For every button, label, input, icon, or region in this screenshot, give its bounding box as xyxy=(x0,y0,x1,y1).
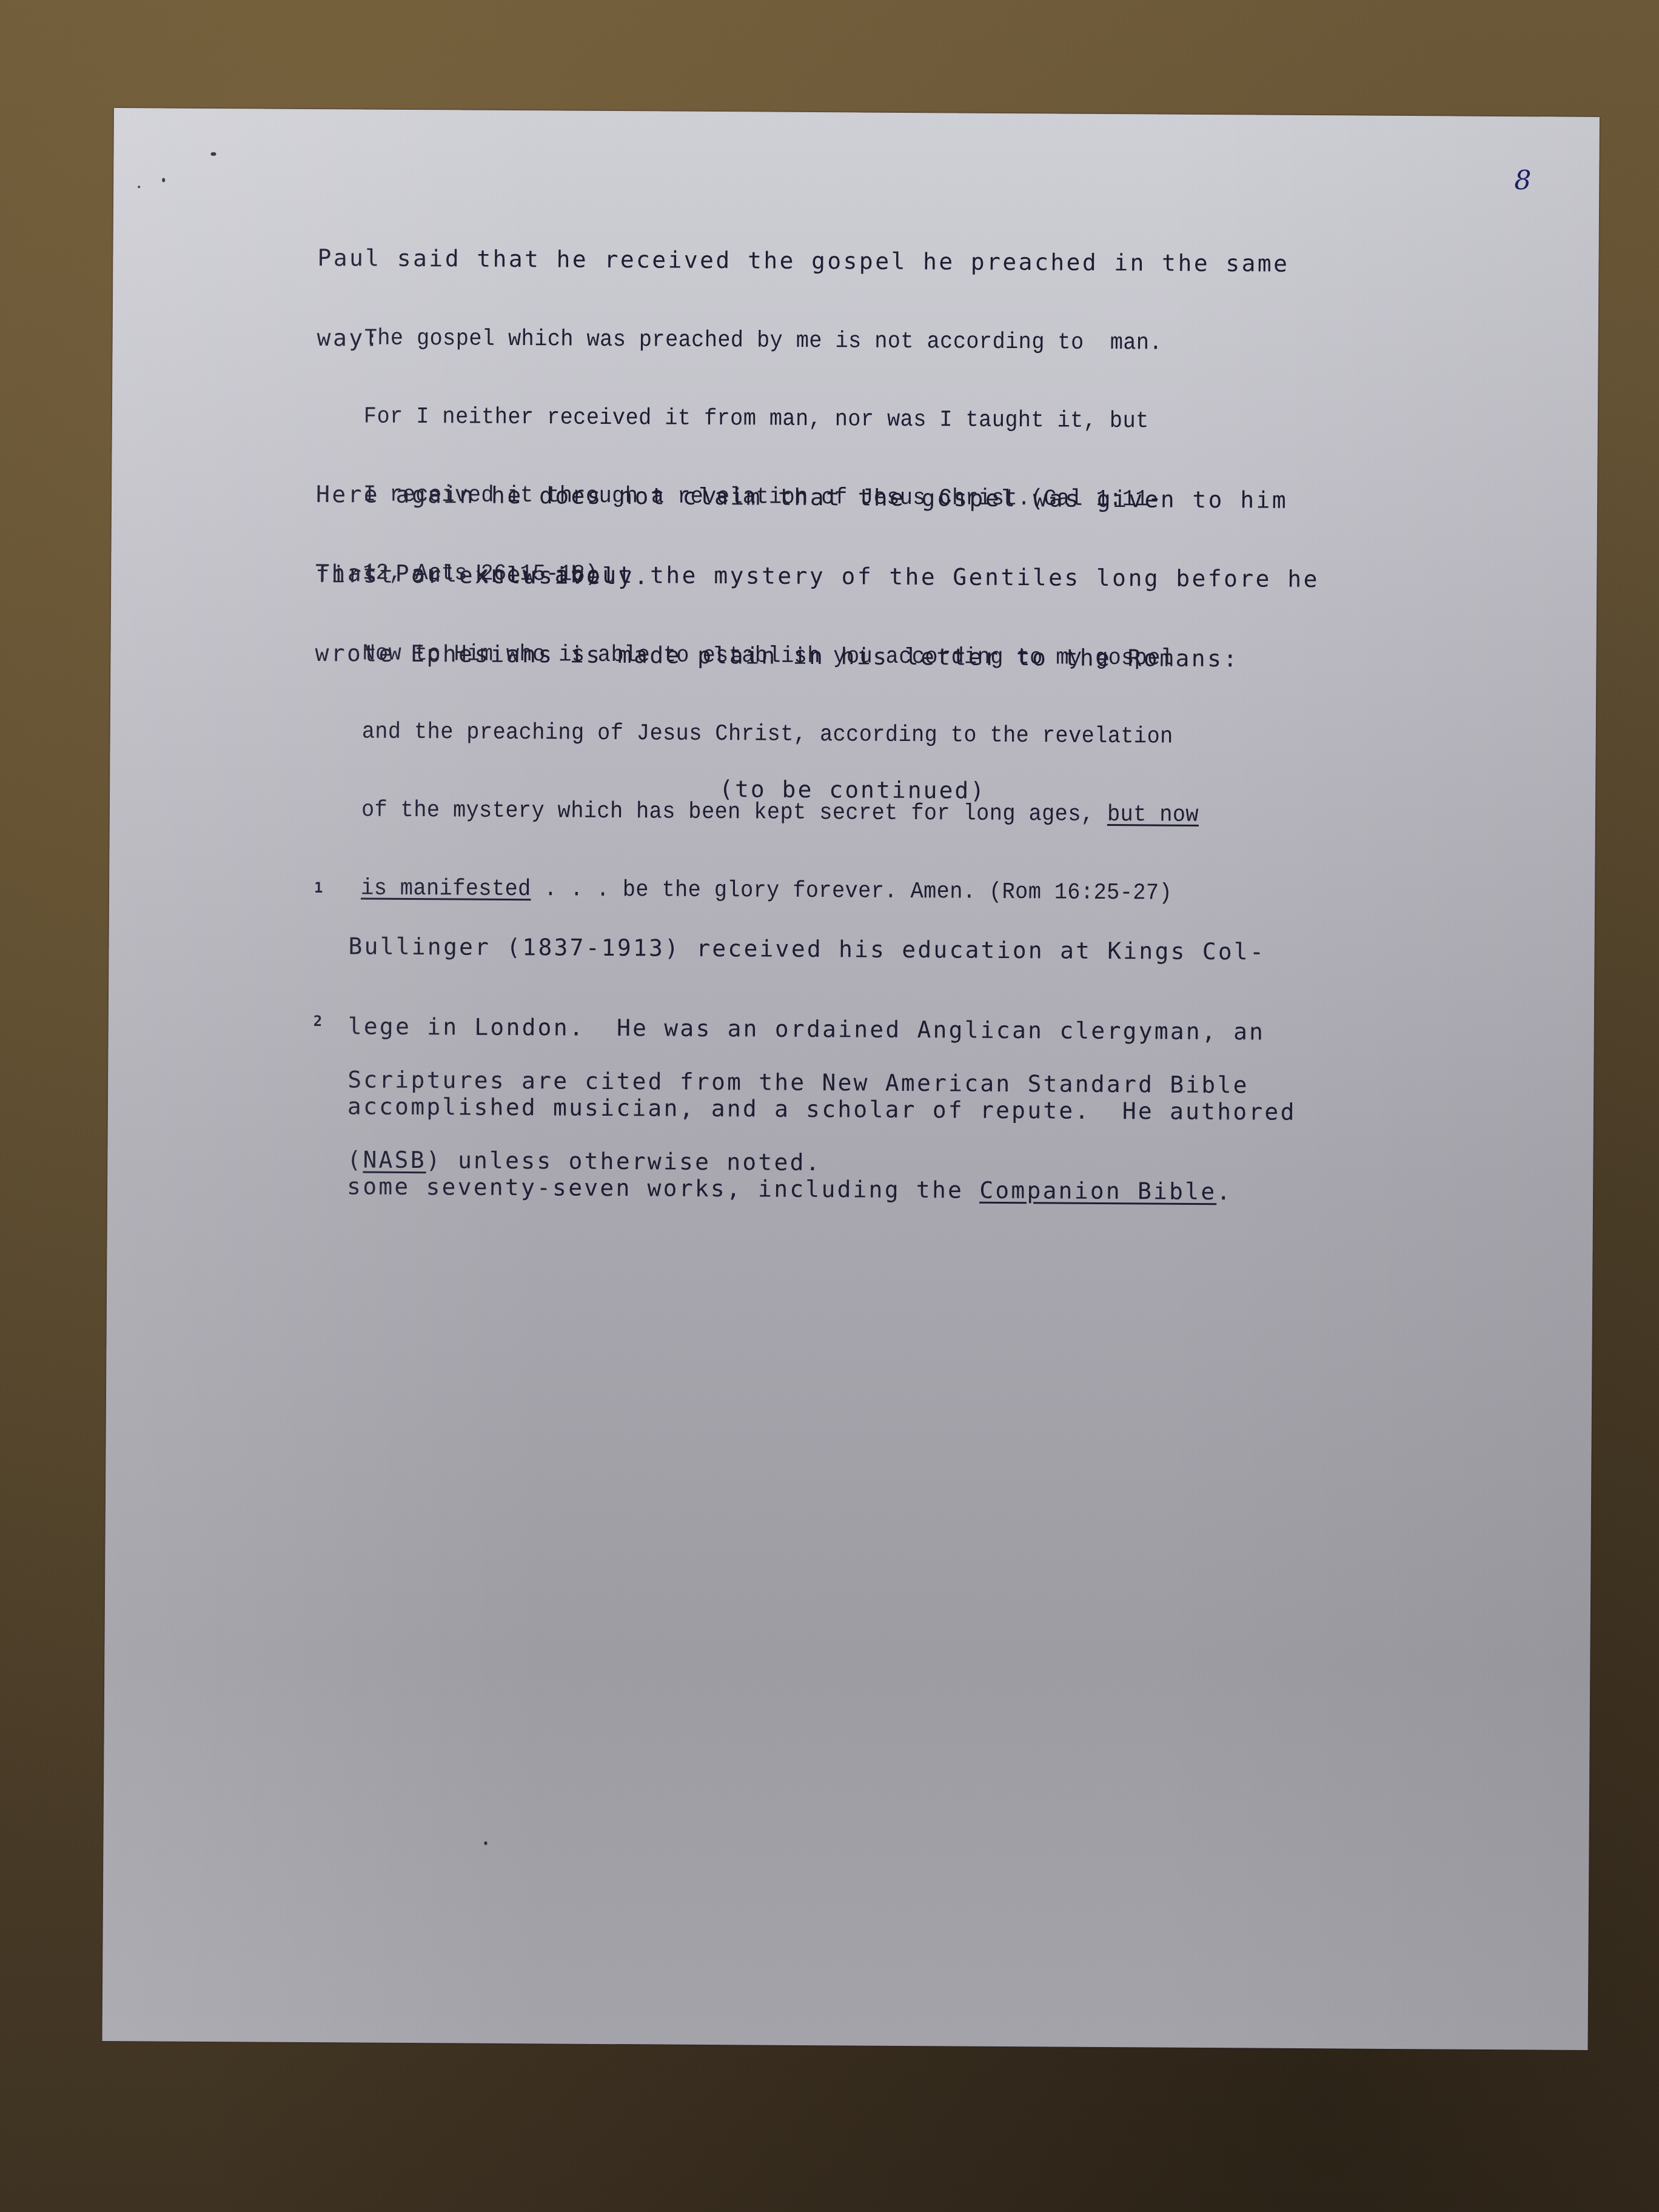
handwritten-page-number: 8 xyxy=(1514,165,1531,196)
paper-speck xyxy=(211,152,216,156)
footnote-marker: 1 xyxy=(314,879,323,896)
paragraph-line: That Paul knew about the mystery of the … xyxy=(315,560,1319,592)
underlined-abbreviation: NASB xyxy=(363,1147,426,1174)
paper-speck xyxy=(484,1842,488,1845)
underlined-emphasis: but now xyxy=(1107,802,1199,828)
footnote-text: ) unless otherwise noted. xyxy=(426,1147,822,1176)
quote-line: and the preaching of Jesus Christ, accor… xyxy=(362,719,1199,750)
paragraph-line: Paul said that he received the gospel he… xyxy=(317,244,1289,277)
footnote-line: (NASB) unless otherwise noted. xyxy=(347,1146,1248,1178)
footnote-marker: 2 xyxy=(313,1013,323,1030)
footnote-text: ( xyxy=(347,1146,363,1173)
quote-line: Now to Him who is able to establish you … xyxy=(362,641,1199,672)
document-page: 8 Paul said that he received the gospel … xyxy=(102,108,1600,2050)
quote-line: The gospel which was preached by me is n… xyxy=(364,326,1163,357)
footnote-2-nasb: Scriptures are cited from the New Americ… xyxy=(347,1013,1250,1232)
footnote-line: Scriptures are cited from the New Americ… xyxy=(347,1066,1249,1098)
to-be-continued: (to be continued) xyxy=(110,772,1595,808)
paper-speck xyxy=(162,178,165,182)
paper-speck xyxy=(138,186,140,188)
footnote-line: Bullinger (1837-1913) received his educa… xyxy=(348,933,1297,965)
